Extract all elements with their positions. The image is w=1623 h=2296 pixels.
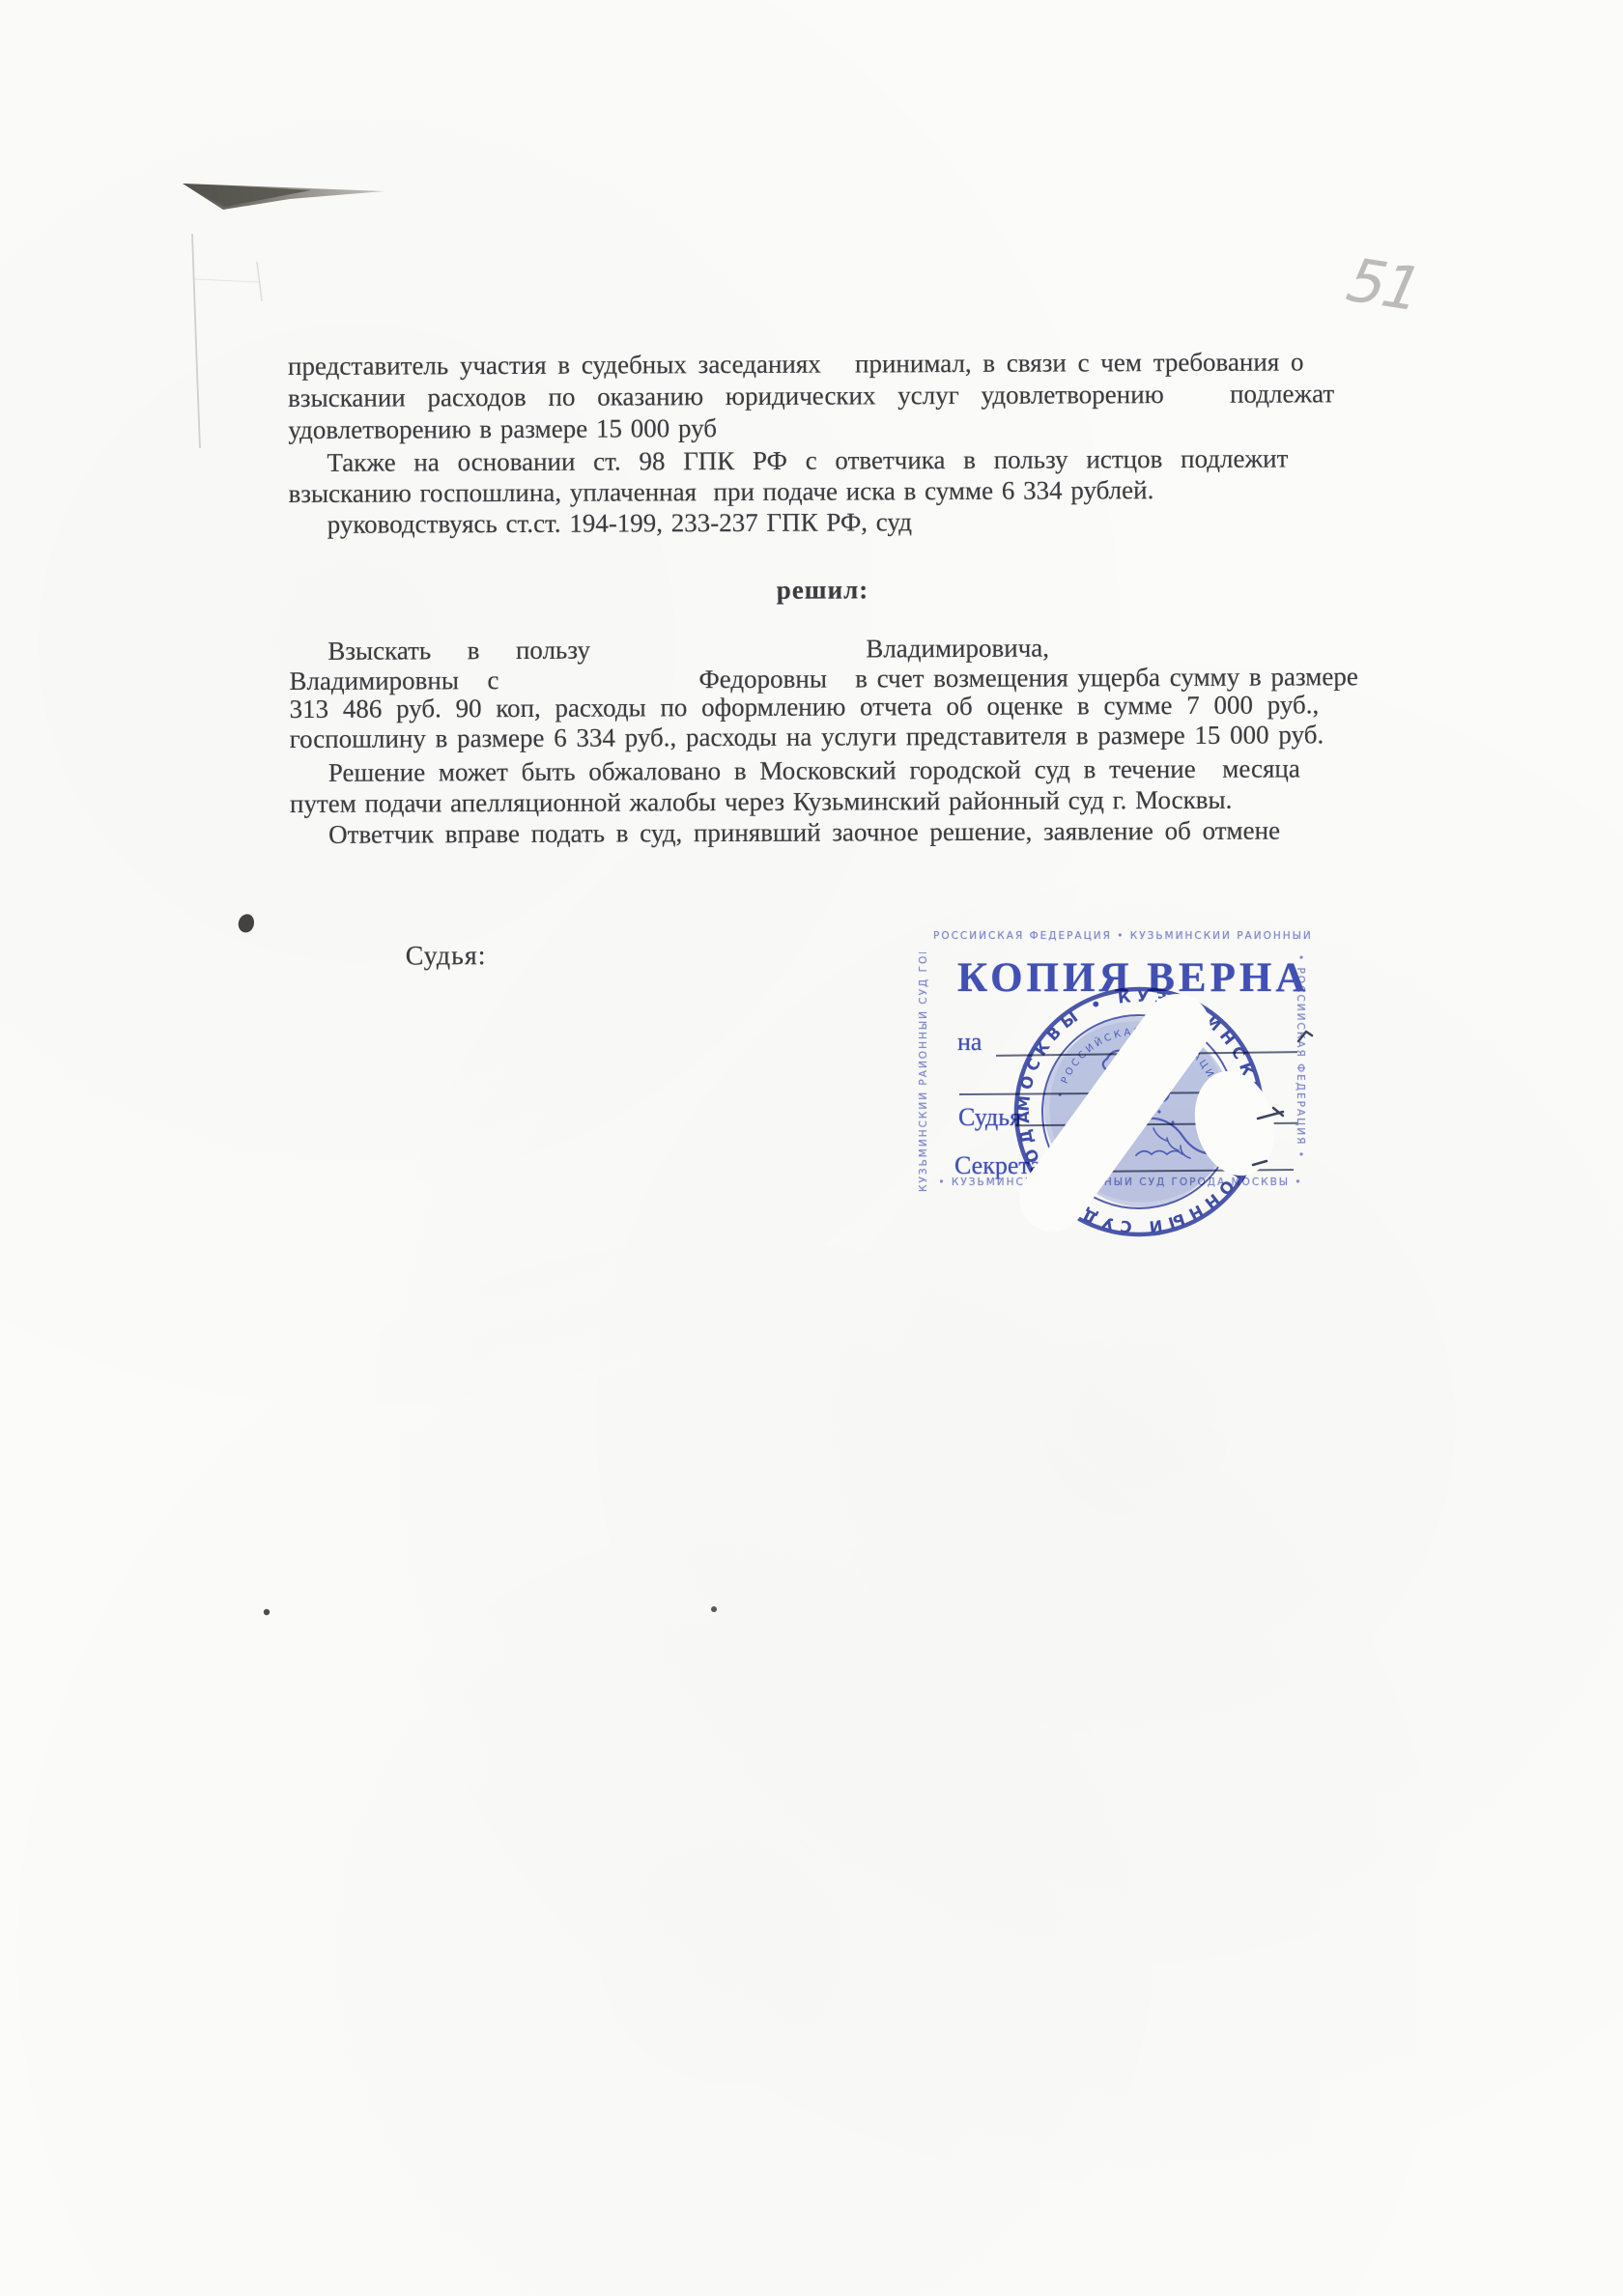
- fold-line: [194, 279, 259, 282]
- fold-line: [192, 234, 200, 448]
- scanned-court-document-page: представитель участия в судебных заседан…: [0, 0, 1623, 2296]
- ink-blot: [239, 914, 254, 932]
- ink-dot: [264, 1609, 270, 1615]
- ink-dot: [711, 1606, 717, 1612]
- scan-artifacts: [0, 0, 1623, 2296]
- pen-tick-marks: [1253, 1032, 1312, 1165]
